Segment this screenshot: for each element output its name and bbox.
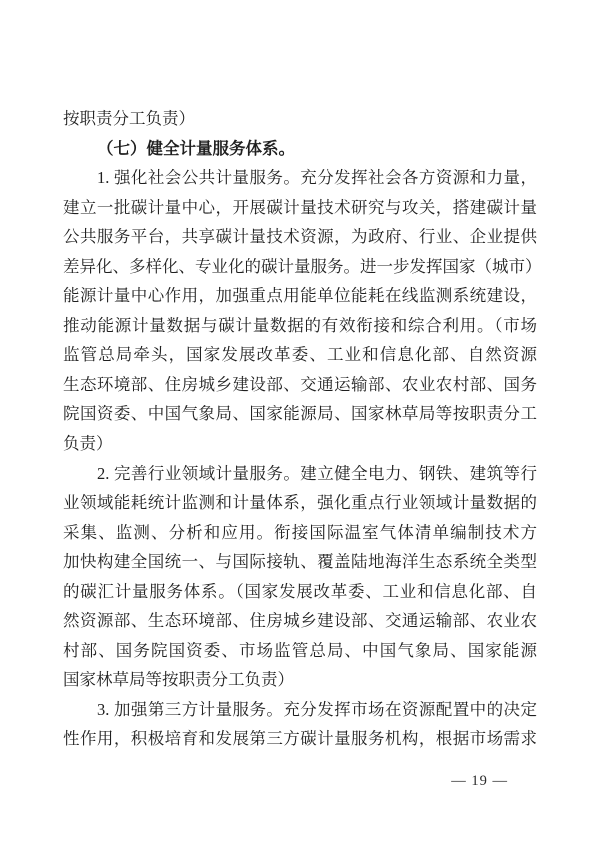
paragraph: 1. 强化社会公共计量服务。充分发挥社会各方资源和力量，建立一批碳计量中心，开展… — [63, 163, 537, 458]
text-line: 建立一批碳计量中心，开展碳计量技术研究与攻关，搭建碳计量 — [63, 193, 537, 223]
text-line: 村部、国务院国资委、市场监管总局、中国气象局、国家能源局、 — [63, 636, 537, 666]
paragraph: 3. 加强第三方计量服务。充分发挥市场在资源配置中的决定性作用，积极培育和发展第… — [63, 695, 537, 754]
text-line: 1. 强化社会公共计量服务。充分发挥社会各方资源和力量， — [63, 163, 537, 193]
text-line: 的碳汇计量服务体系。（国家发展改革委、工业和信息化部、自 — [63, 577, 537, 607]
section-heading: （七）健全计量服务体系。 — [63, 134, 537, 164]
text-line: 差异化、多样化、专业化的碳计量服务。进一步发挥国家（城市） — [63, 252, 537, 282]
text-line: 国家林草局等按职责分工负责） — [63, 665, 537, 695]
page-number: — 19 — — [451, 771, 508, 791]
paragraph: 按职责分工负责） — [63, 104, 537, 134]
paragraph: 2. 完善行业领域计量服务。建立健全电力、钢铁、建筑等行业领域能耗统计监测和计量… — [63, 459, 537, 695]
text-line: 3. 加强第三方计量服务。充分发挥市场在资源配置中的决定 — [63, 695, 537, 725]
text-line: 性作用，积极培育和发展第三方碳计量服务机构，根据市场需求 — [63, 724, 537, 754]
text-line: 能源计量中心作用，加强重点用能单位能耗在线监测系统建设， — [63, 281, 537, 311]
text-line: 然资源部、生态环境部、住房城乡建设部、交通运输部、农业农 — [63, 606, 537, 636]
document-body: 按职责分工负责）（七）健全计量服务体系。1. 强化社会公共计量服务。充分发挥社会… — [63, 104, 537, 754]
document-page: 按职责分工负责）（七）健全计量服务体系。1. 强化社会公共计量服务。充分发挥社会… — [0, 0, 600, 848]
text-line: 业领域能耗统计监测和计量体系，强化重点行业领域计量数据的 — [63, 488, 537, 518]
text-line: 2. 完善行业领域计量服务。建立健全电力、钢铁、建筑等行 — [63, 459, 537, 489]
text-line: 负责） — [63, 429, 537, 459]
text-line: 推动能源计量数据与碳计量数据的有效衔接和综合利用。（市场 — [63, 311, 537, 341]
text-line: 公共服务平台，共享碳计量技术资源，为政府、行业、企业提供 — [63, 222, 537, 252]
text-line: 监管总局牵头，国家发展改革委、工业和信息化部、自然资源部、 — [63, 340, 537, 370]
text-line: 院国资委、中国气象局、国家能源局、国家林草局等按职责分工 — [63, 399, 537, 429]
text-line: 加快构建全国统一、与国际接轨、覆盖陆地海洋生态系统全类型 — [63, 547, 537, 577]
text-line: 生态环境部、住房城乡建设部、交通运输部、农业农村部、国务 — [63, 370, 537, 400]
text-line: 按职责分工负责） — [63, 104, 537, 134]
text-line: （七）健全计量服务体系。 — [63, 134, 537, 164]
text-line: 采集、监测、分析和应用。衔接国际温室气体清单编制技术方法， — [63, 518, 537, 548]
